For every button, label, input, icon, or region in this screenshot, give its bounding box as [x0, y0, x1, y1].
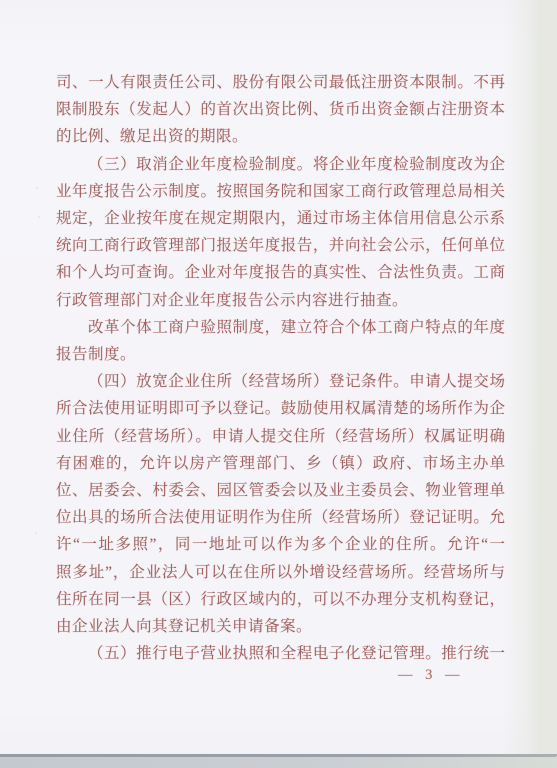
document-line: （四）放宽企业住所（经营场所）登记条件。申请人提交场	[56, 368, 505, 395]
document-line: 位出具的场所合法使用证明作为住所（经营场所）登记证明。允	[56, 504, 505, 531]
document-line: 有困难的，允许以房产管理部门、乡（镇）政府、市场主办单	[56, 450, 505, 477]
document-line: 的比例、缴足出资的期限。	[56, 123, 505, 150]
document-line: 报告制度。	[56, 341, 505, 368]
document-line: （五）推行电子营业执照和全程电子化登记管理。推行统一	[56, 640, 505, 667]
document-line: 行政管理部门对企业年度报告公示内容进行抽查。	[56, 287, 505, 314]
scanned-document: 司、一人有限责任公司、股份有限公司最低注册资本限制。不再限制股东（发起人）的首次…	[0, 0, 557, 768]
document-line: 位、居委会、村委会、园区管委会以及业主委员会、物业管理单	[56, 477, 505, 504]
document-body: 司、一人有限责任公司、股份有限公司最低注册资本限制。不再限制股东（发起人）的首次…	[56, 69, 505, 667]
document-line: 由企业法人向其登记机关申请备案。	[56, 613, 505, 640]
document-line: 许“一址多照”，同一地址可以作为多个企业的住所。允许“一	[56, 531, 505, 558]
document-line: 统向工商行政管理部门报送年度报告，并向社会公示，任何单位	[56, 232, 505, 259]
document-line: 住所在同一县（区）行政区域内的，可以不办理分支机构登记，	[56, 586, 505, 613]
page-number: — 3 —	[398, 667, 508, 684]
document-line: 业住所（经营场所）。申请人提交住所（经营场所）权属证明确	[56, 423, 505, 450]
document-line: 规定，企业按年度在规定期限内，通过市场主体信用信息公示系	[56, 205, 505, 232]
scanner-background-band	[0, 757, 557, 768]
document-line: 和个人均可查询。企业对年度报告的真实性、合法性负责。工商	[56, 259, 505, 286]
document-line: 所合法使用证明即可予以登记。鼓励使用权属清楚的场所作为企	[56, 395, 505, 422]
document-line: 业年度报告公示制度。按照国务院和国家工商行政管理总局相关	[56, 178, 505, 205]
document-line: 司、一人有限责任公司、股份有限公司最低注册资本限制。不再	[56, 69, 505, 96]
document-line: 限制股东（发起人）的首次出资比例、货币出资金额占注册资本	[56, 96, 505, 123]
document-line: 改革个体工商户验照制度，建立符合个体工商户特点的年度	[56, 314, 505, 341]
page-right-edge-shading	[503, 0, 557, 756]
document-page: 司、一人有限责任公司、股份有限公司最低注册资本限制。不再限制股东（发起人）的首次…	[0, 0, 557, 756]
document-line: （三）取消企业年度检验制度。将企业年度检验制度改为企	[56, 151, 505, 178]
document-line: 照多址”，企业法人可以在住所以外增设经营场所。经营场所与	[56, 559, 505, 586]
